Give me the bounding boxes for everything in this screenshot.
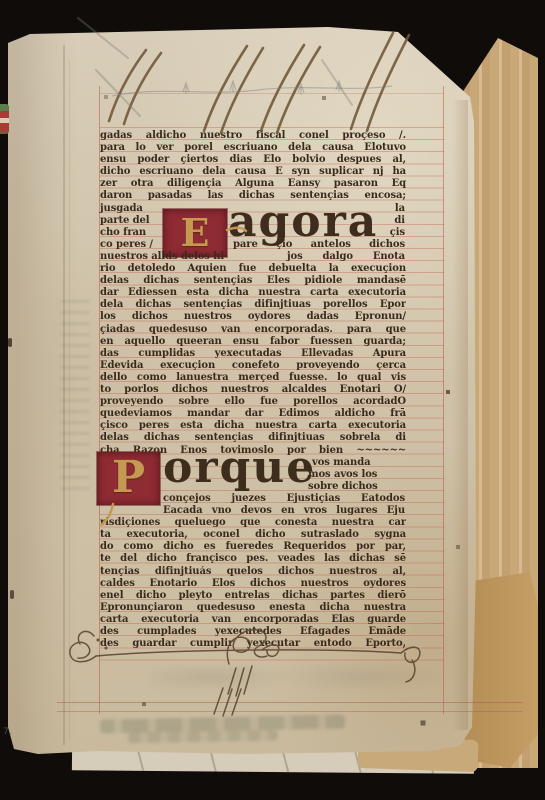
text-line: çisco peres esta dicha nuestra carta exe…	[100, 420, 406, 432]
text-fragment: pare çio antelos dichos	[233, 239, 405, 251]
text-line: delas dichas sentençias Eles pidiole man…	[100, 275, 406, 287]
ruling-right-vertical	[443, 86, 444, 714]
text-fragment: mos avos los	[308, 469, 377, 481]
page-curl-shadow	[452, 100, 468, 730]
text-line: quedeviamos mandar dar Edimos aldicho fr…	[100, 408, 406, 420]
text-line: to porlos dichos nuestros alcaldes Enota…	[100, 384, 406, 396]
text-block-top: gadas aldicho nuestro fiscal conel proçe…	[100, 130, 406, 203]
initial-letter: P	[97, 452, 160, 504]
text-line: ta executoria, oconel dicho sutraslado s…	[100, 529, 406, 541]
text-line: Edevida execuçion conefeto proveyendo çe…	[100, 360, 406, 372]
text-line: proveyendo sobre ello fue porellos acord…	[100, 396, 406, 408]
display-word-agora: agora	[228, 200, 378, 244]
text-fragment: la	[385, 203, 405, 215]
text-fragment: conçejos juezes Ejustiçias Eatodos	[163, 493, 405, 505]
text-fragment: vos manda	[312, 457, 371, 469]
text-line: carta executoria van encorporadas Elas g…	[100, 614, 406, 626]
text-fragment: nuestros allds delos hi	[100, 251, 224, 263]
text-fragment: co peres /	[100, 239, 153, 251]
text-line: das cumplidas yexecutadas Ellevadas Apur…	[100, 348, 406, 360]
text-fragment: Eacada vno devos en vros lugares Eju	[163, 505, 405, 517]
illuminated-initial-P: P	[97, 452, 160, 505]
text-fragment: jusgada	[100, 203, 143, 215]
bleedthrough-under-flourish	[150, 660, 450, 694]
text-line: çiadas quedesuso van encorporadas. para …	[100, 324, 406, 336]
initial-letter: E	[163, 209, 227, 257]
illuminated-initial-E: E	[163, 209, 227, 257]
text-line: los dichos nuestros oydores dadas Epronu…	[100, 311, 406, 323]
sewing-mark	[8, 338, 12, 347]
endband-marker	[0, 104, 9, 134]
text-line: enel dicho pleyto entrelas dichas partes…	[100, 590, 406, 602]
text-fragment: parte del	[100, 215, 149, 227]
text-line: zer otra diligençia Alguna Eansy pasaron…	[100, 178, 406, 190]
ruling-bottom-horizontal	[57, 711, 523, 712]
pencil-margin-mark: 7,	[3, 727, 12, 737]
text-line: te del dicho françisco pes. veades las d…	[100, 553, 406, 565]
display-word-porque: orque	[163, 446, 316, 490]
text-line: des guardar cumplir yexecutar entodo Epo…	[100, 638, 406, 650]
ruling-bottom-horizontal	[57, 702, 523, 703]
text-line: tençias difinjtiuás quelos dichos nuestr…	[100, 566, 406, 578]
text-line: risdiçiones queluego que conesta nuestra…	[100, 517, 406, 529]
text-line: dela dichas sentençias difinjtiuas porel…	[100, 299, 406, 311]
text-line: para lo ver porel escriuano dela causa E…	[100, 142, 406, 154]
text-line: gadas aldicho nuestro fiscal conel proçe…	[100, 130, 406, 142]
bleedthrough-left-margin	[60, 300, 90, 490]
manuscript-photo: gadas aldicho nuestro fiscal conel proçe…	[0, 0, 545, 800]
text-block-bottom: risdiçiones queluego que conesta nuestra…	[100, 517, 406, 650]
text-block-middle: rio detoledo Aquien fue debuelta la exec…	[100, 263, 406, 457]
text-line: dar Ediessen esta dicha nuestra carta ex…	[100, 287, 406, 299]
text-line: Epronunçiaron quedesuso enesta dicha nue…	[100, 602, 406, 614]
ruling-top-horizontal	[100, 93, 444, 94]
text-line: dicho escriuano dela causa E syn suplica…	[100, 166, 406, 178]
text-line: do como dicho es fueredes Requeridos por…	[100, 541, 406, 553]
text-line: dello como lanuestra merçed fuesse. lo q…	[100, 372, 406, 384]
text-line: en aquello queeran ensu fabor fuessen gu…	[100, 336, 406, 348]
text-fragment: di	[385, 215, 405, 227]
text-line: caldes Enotario Elos dichos nuestros oyd…	[100, 578, 406, 590]
text-fragment: sobre dichos	[308, 481, 378, 493]
text-fragment: cho fran	[100, 227, 146, 239]
sewing-mark	[10, 590, 14, 599]
text-fragment: jos dalgo Enota	[287, 251, 405, 263]
text-line: rio detoledo Aquien fue debuelta la exec…	[100, 263, 406, 275]
text-line: ensu poder çiertos dias Elo bolvio despu…	[100, 154, 406, 166]
text-fragment: çis	[385, 227, 405, 239]
ink-specks	[0, 0, 2, 2]
text-line: des cumplades yexecutedes Efagades Emāde	[100, 626, 406, 638]
